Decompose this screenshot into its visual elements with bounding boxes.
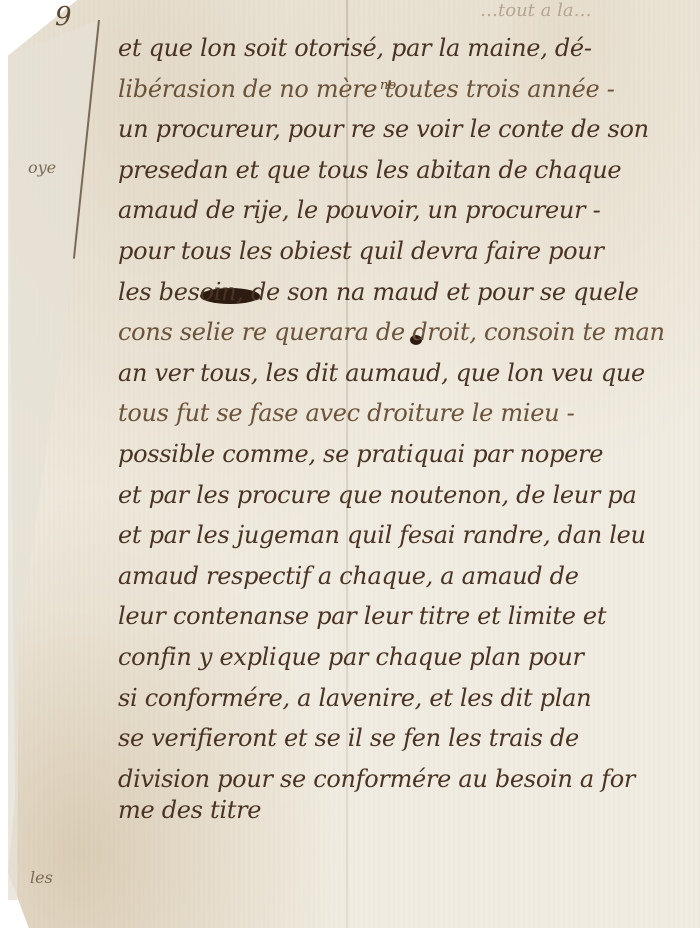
text-line: se verifieront et se il se fen les trais… bbox=[118, 718, 700, 759]
text-line: confin y explique par chaque plan pour bbox=[118, 637, 700, 678]
text-line: division pour se conformére au besoin a … bbox=[118, 759, 700, 800]
text-line: possible comme, se pratiquai par nopere bbox=[118, 434, 700, 475]
text-line: et que lon soit otorisé, par la maine, d… bbox=[118, 28, 700, 69]
text-line: leur contenanse par leur titre et limite… bbox=[118, 596, 700, 637]
top-edge-text-fragment: …tout a la… bbox=[480, 0, 592, 21]
text-line: tous fut se fase avec droiture le mieu - bbox=[118, 393, 700, 434]
text-line: pour tous les obiest quil devra faire po… bbox=[118, 231, 700, 272]
text-line: et par les jugeman quil fesai randre, da… bbox=[118, 515, 700, 556]
manuscript-text: et que lon soit otorisé, par la maine, d… bbox=[118, 28, 700, 829]
margin-note-bottom: les bbox=[30, 868, 53, 887]
text-line: un procureur, pour re se voir le conte d… bbox=[118, 109, 700, 150]
text-line: libérasion de no mère toutes trois année… bbox=[118, 69, 700, 110]
text-line: an ver tous, les dit aumaud, que lon veu… bbox=[118, 353, 700, 394]
text-line: et par les procure que noutenon, de leur… bbox=[118, 475, 700, 516]
text-line: les besoin, de son na maud et pour se qu… bbox=[118, 272, 700, 313]
text-line: si conformére, a lavenire, et les dit pl… bbox=[118, 678, 700, 719]
margin-note-top: oye bbox=[28, 158, 56, 177]
page-corner-mark: 9 bbox=[55, 2, 72, 32]
text-line: cons selie re querara de droit, consoin … bbox=[118, 312, 700, 353]
text-line: amaud de rije, le pouvoir, un procureur … bbox=[118, 190, 700, 231]
text-line: me des titre bbox=[118, 799, 700, 829]
text-line: presedan et que tous les abitan de chaqu… bbox=[118, 150, 700, 191]
text-line: amaud respectif a chaque, a amaud de bbox=[118, 556, 700, 597]
